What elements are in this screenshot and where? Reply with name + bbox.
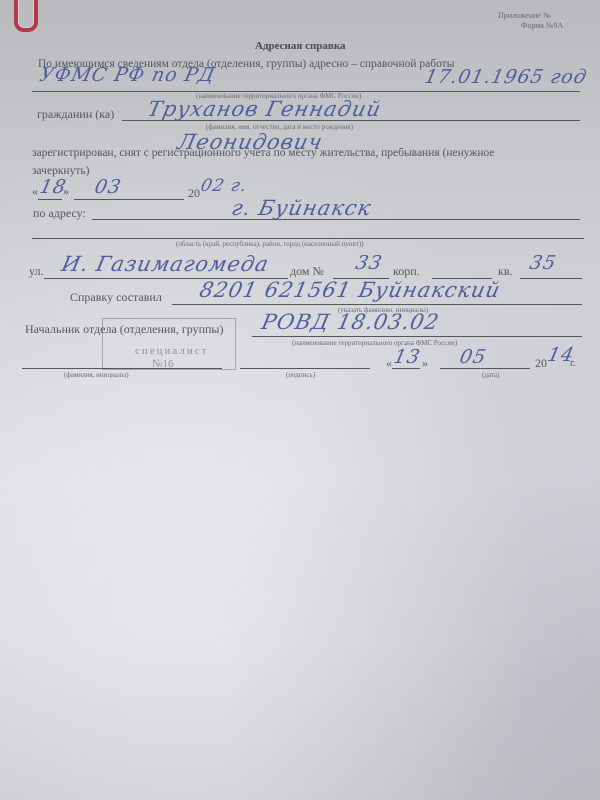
sign-day-underline — [392, 368, 420, 369]
authority-date-value: 17.01.1965 год — [423, 66, 590, 88]
citizen-name-value: Труханов Геннадий — [145, 97, 383, 121]
compiled-by-label: Справку составил — [70, 290, 162, 305]
day-underline — [38, 199, 62, 200]
address-label: по адресу: — [33, 206, 86, 221]
signature-line — [240, 368, 370, 369]
sign-month-underline — [440, 368, 530, 369]
signature-caption: (подпись) — [286, 371, 315, 379]
chief-underline — [252, 336, 582, 337]
month-underline — [74, 199, 184, 200]
date-caption: (дата) — [482, 371, 499, 379]
registration-month: 03 — [93, 176, 124, 198]
compiled-by-underline — [172, 304, 582, 305]
apartment-label: кв. — [498, 264, 513, 279]
address-underline-2 — [32, 238, 584, 239]
street-value: И. Газимагомеда — [59, 252, 271, 276]
sign-day: 13 — [392, 346, 423, 368]
document-title: Адресная справка — [255, 40, 346, 52]
address-underline — [92, 219, 580, 220]
sign-year-end: г. — [570, 358, 575, 369]
chief-value: РОВД 18.03.02 — [259, 310, 441, 334]
registration-text: зарегистрирован, снят с регистрационного… — [32, 147, 494, 159]
house-label: дом № — [290, 264, 324, 279]
chief-caption: (наименование территориального органа ФМ… — [292, 339, 457, 347]
apartment-value: 35 — [528, 252, 559, 274]
address-value: г. Буйнакск — [229, 196, 373, 220]
sign-month: 05 — [458, 346, 489, 368]
sign-quote-close: » — [422, 356, 428, 371]
form-number: Форма №9А — [521, 21, 563, 30]
address-caption: (область (край, республика), район, горо… — [176, 240, 364, 248]
quote-close: » — [63, 184, 69, 199]
registration-year: 02 г. — [199, 176, 249, 196]
scanned-document-page: Приложение № Форма №9А Адресная справка … — [0, 0, 600, 800]
name-signature-line — [22, 368, 222, 369]
citizen-label: гражданин (ка) — [37, 107, 114, 122]
compiled-by-value: 8201 621561 Буйнакский — [197, 278, 502, 302]
apartment-underline — [520, 278, 582, 279]
appendix-label: Приложение № — [498, 11, 551, 20]
paperclip-icon — [14, 0, 38, 32]
building-label: корп. — [393, 264, 420, 279]
street-label: ул. — [29, 264, 43, 279]
stamp-line1: специалист — [135, 345, 208, 357]
chief-label: Начальник отдела (отделения, группы) — [25, 322, 224, 337]
name-caption: (фамилия, инициалы) — [64, 371, 129, 379]
registration-year-prefix: 20 — [188, 186, 200, 201]
authority-value: УФМС РФ по РД — [38, 64, 218, 86]
house-value: 33 — [354, 252, 385, 274]
citizen-underline — [122, 120, 580, 121]
